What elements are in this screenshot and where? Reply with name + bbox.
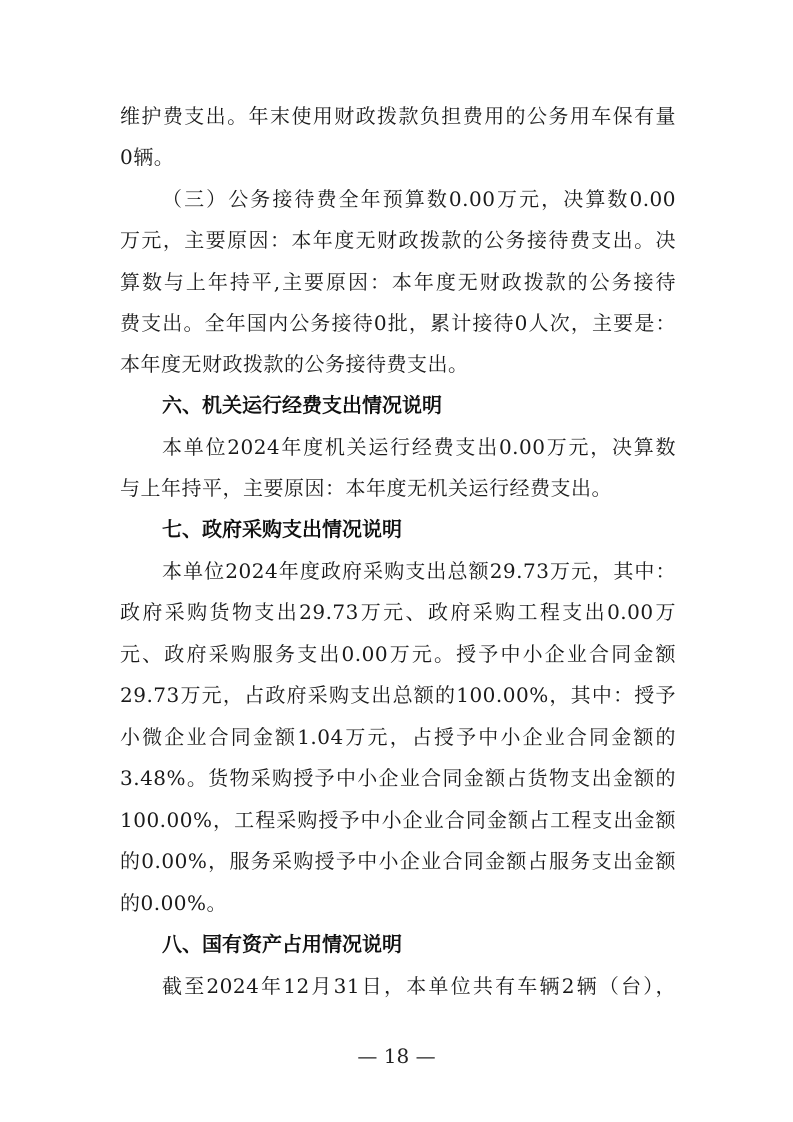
document-page: 维护费支出。年末使用财政拨款负担费用的公务用车保有量 0辆。 （三）公务接待费全… — [0, 0, 793, 1122]
paragraph-line: 的0.00%。 — [120, 889, 676, 917]
section-heading-seven: 七、政府采购支出情况说明 — [162, 515, 402, 543]
paragraph-line: 算数与上年持平,主要原因：本年度无财政拨款的公务接待 — [120, 268, 676, 296]
paragraph-line: （三）公务接待费全年预算数0.00万元，决算数0.00 — [162, 185, 676, 213]
paragraph-line: 本年度无财政拨款的公务接待费支出。 — [120, 350, 676, 378]
section-heading-six: 六、机关运行经费支出情况说明 — [162, 391, 442, 419]
paragraph-line: 小微企业合同金额1.04万元，占授予中小企业合同金额的 — [120, 723, 676, 751]
paragraph-line: 100.00%，工程采购授予中小企业合同金额占工程支出金额 — [120, 806, 676, 834]
paragraph-line: 本单位2024年度政府采购支出总额29.73万元，其中： — [162, 557, 676, 585]
paragraph-line: 万元，主要原因：本年度无财政拨款的公务接待费支出。决 — [120, 226, 676, 254]
page-number: — 18 — — [0, 1042, 793, 1070]
paragraph-line: 3.48%。货物采购授予中小企业合同金额占货物支出金额的 — [120, 764, 676, 792]
paragraph-line: 的0.00%，服务采购授予中小企业合同金额占服务支出金额 — [120, 847, 676, 875]
paragraph-line: 元、政府采购服务支出0.00万元。授予中小企业合同金额 — [120, 640, 676, 668]
paragraph-line: 29.73万元，占政府采购支出总额的100.00%，其中：授予 — [120, 681, 676, 709]
paragraph-line: 维护费支出。年末使用财政拨款负担费用的公务用车保有量 — [120, 102, 676, 130]
paragraph-line: 0辆。 — [120, 143, 676, 171]
paragraph-line: 与上年持平，主要原因：本年度无机关运行经费支出。 — [120, 474, 676, 502]
paragraph-line: 费支出。全年国内公务接待0批，累计接待0人次，主要是： — [120, 309, 676, 337]
paragraph-line: 截至2024年12月31日，本单位共有车辆2辆（台）， — [162, 972, 676, 1000]
section-heading-eight: 八、国有资产占用情况说明 — [162, 930, 402, 958]
paragraph-line: 政府采购货物支出29.73万元、政府采购工程支出0.00万 — [120, 598, 676, 626]
paragraph-line: 本单位2024年度机关运行经费支出0.00万元，决算数 — [162, 433, 676, 461]
